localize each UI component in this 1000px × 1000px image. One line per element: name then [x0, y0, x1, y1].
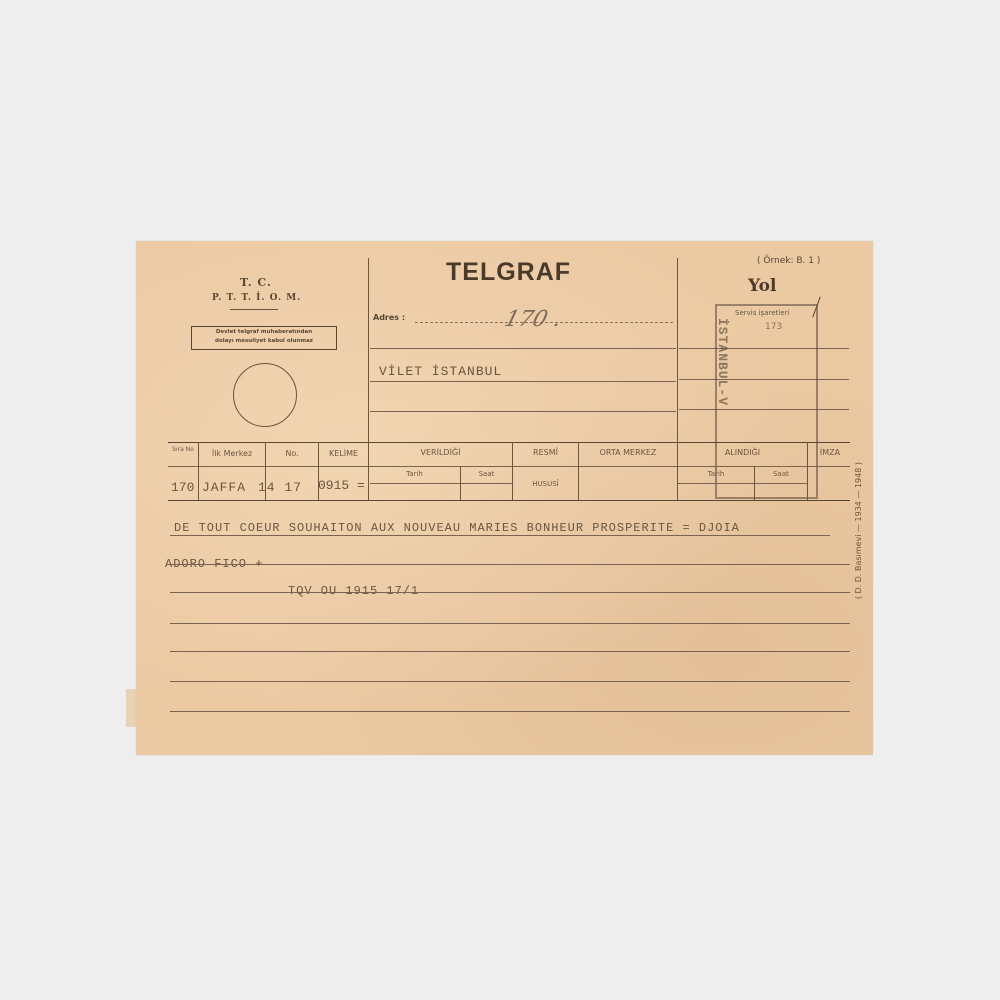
rule [370, 381, 676, 382]
header-verildigi-tarih: Tarih [369, 470, 460, 478]
liability-notice: Devlet telgraf muhaberatından dolayı mes… [191, 326, 337, 350]
page-title: TELGRAF [446, 258, 571, 287]
rule [170, 592, 850, 593]
notice-line-1: Devlet telgraf muhaberatından [194, 328, 334, 337]
yol-label: Yol [748, 276, 776, 296]
header-imza: İMZA [808, 448, 852, 457]
printer-note: ( D. D. Basımevi — 1934 — 1948 ) [854, 462, 863, 599]
rule [170, 535, 830, 536]
message-line-3: TQV OU 1915 17/1 [288, 584, 419, 598]
rule [170, 711, 850, 712]
destination: VİLET İSTANBUL [379, 364, 502, 379]
cell-no: 14 17 [258, 480, 302, 495]
table-top [168, 442, 850, 443]
ptt-underline [230, 309, 278, 310]
rule [170, 651, 850, 652]
header-orta-merkez: ORTA MERKEZ [579, 448, 677, 457]
address-handwritten: 170 . [502, 307, 565, 332]
header-resmi: RESMÎ [513, 448, 578, 457]
stamp-number: 173 [765, 322, 782, 332]
header-ilk-merkez: İlk Merkez [199, 449, 265, 458]
rule [170, 564, 850, 565]
divider-right [677, 258, 678, 443]
tc-label: T. C. [240, 276, 272, 289]
header-alindigi-saat: Saat [755, 470, 807, 478]
table-subrule [677, 483, 807, 484]
header-no: No. [266, 449, 318, 458]
rule [170, 623, 850, 624]
header-alindigi-tarih: Tarih [678, 470, 754, 478]
address-label: Adres : [373, 313, 405, 322]
ptt-label: P. T. T. İ. O. M. [212, 293, 301, 303]
cell-kelime: 0915 = [318, 478, 365, 493]
notice-line-2: dolayı mesuliyet kabul olunmaz [194, 337, 334, 346]
stamp-circle [233, 363, 297, 427]
header-verildigi: VERİLDİĞİ [369, 448, 512, 457]
header-alindigi: ALINDIĞI [678, 448, 807, 457]
stamp-city: İSTANBUL-V [716, 318, 730, 406]
rule [370, 411, 676, 412]
table-subrule [370, 483, 512, 484]
rule [370, 348, 676, 349]
table-mid [168, 466, 850, 467]
stamp-label: Servis işaretleri [735, 309, 789, 317]
header-verildigi-saat: Saat [461, 470, 512, 478]
cell-sira-no: 170 [171, 480, 194, 495]
cell-ilk-merkez: JAFFA [202, 480, 246, 495]
table-bottom [168, 500, 850, 501]
header-sira-no: Sıra No [168, 445, 198, 454]
header-hususi: HUSUSÎ [513, 480, 578, 488]
rule [170, 681, 850, 682]
message-line-1: DE TOUT COEUR SOUHAITON AUX NOUVEAU MARI… [174, 521, 740, 535]
divider-left [368, 258, 369, 443]
header-kelime: KELİME [319, 449, 368, 458]
form-code: ( Örnek: B. 1 ) [757, 256, 820, 266]
